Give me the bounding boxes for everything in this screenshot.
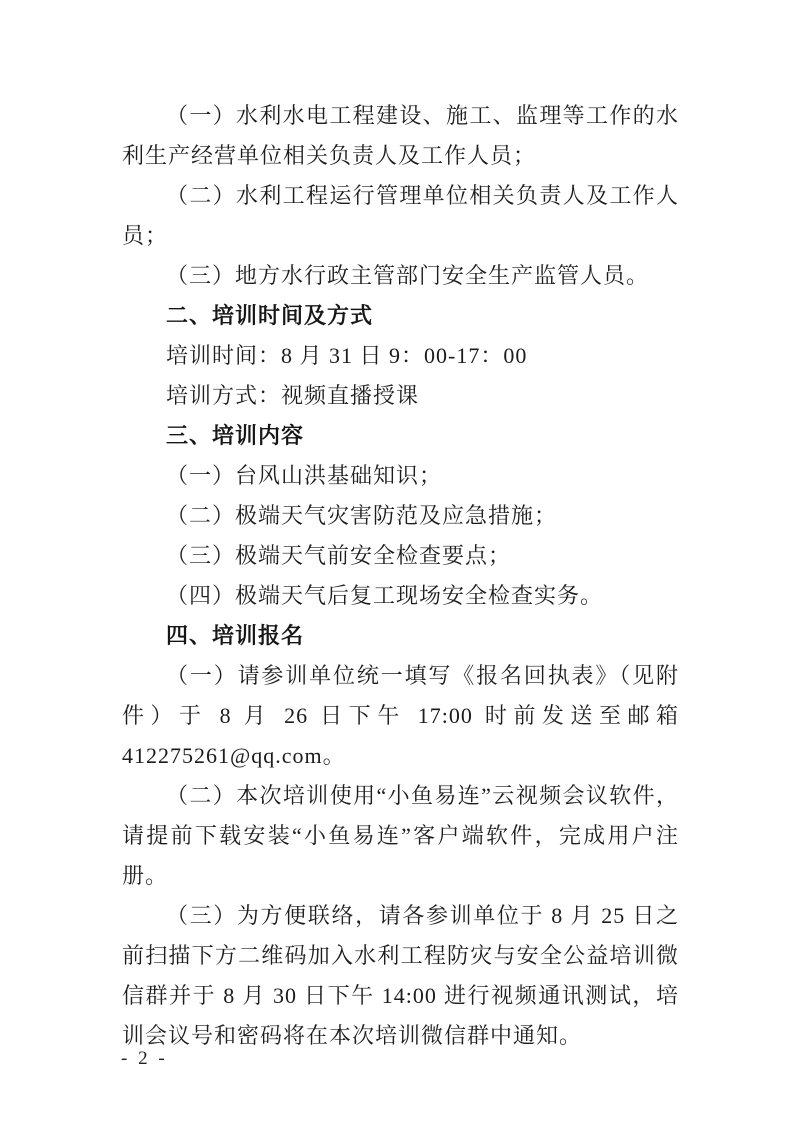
body-paragraph: （三）为方便联络，请各参训单位于 8 月 25 日之前扫描下方二维码加入水利工程… (122, 896, 679, 1056)
document-page: （一）水利水电工程建设、施工、监理等工作的水利生产经营单位相关负责人及工作人员；… (0, 0, 800, 1131)
body-paragraph: （一）台风山洪基础知识； (122, 456, 679, 496)
section-heading: 四、培训报名 (122, 616, 679, 656)
section-heading: 三、培训内容 (122, 416, 679, 456)
body-paragraph: （四）极端天气后复工现场安全检查实务。 (122, 576, 679, 616)
section-heading: 二、培训时间及方式 (122, 296, 679, 336)
page-number: - 2 - (121, 1046, 168, 1072)
document-body: （一）水利水电工程建设、施工、监理等工作的水利生产经营单位相关负责人及工作人员；… (122, 96, 679, 1056)
body-paragraph: 培训时间：8 月 31 日 9：00-17：00 (122, 336, 679, 376)
body-paragraph: （三）极端天气前安全检查要点； (122, 536, 679, 576)
body-paragraph: （二）本次培训使用“小鱼易连”云视频会议软件，请提前下载安装“小鱼易连”客户端软… (122, 776, 679, 896)
body-paragraph: （二）极端天气灾害防范及应急措施； (122, 496, 679, 536)
body-paragraph: （三）地方水行政主管部门安全生产监管人员。 (122, 256, 679, 296)
body-paragraph: （一）请参训单位统一填写《报名回执表》（见附件）于 8 月 26 日下午 17:… (122, 656, 679, 776)
body-paragraph: 培训方式：视频直播授课 (122, 376, 679, 416)
body-paragraph: （一）水利水电工程建设、施工、监理等工作的水利生产经营单位相关负责人及工作人员； (122, 96, 679, 176)
body-paragraph: （二）水利工程运行管理单位相关负责人及工作人员； (122, 176, 679, 256)
